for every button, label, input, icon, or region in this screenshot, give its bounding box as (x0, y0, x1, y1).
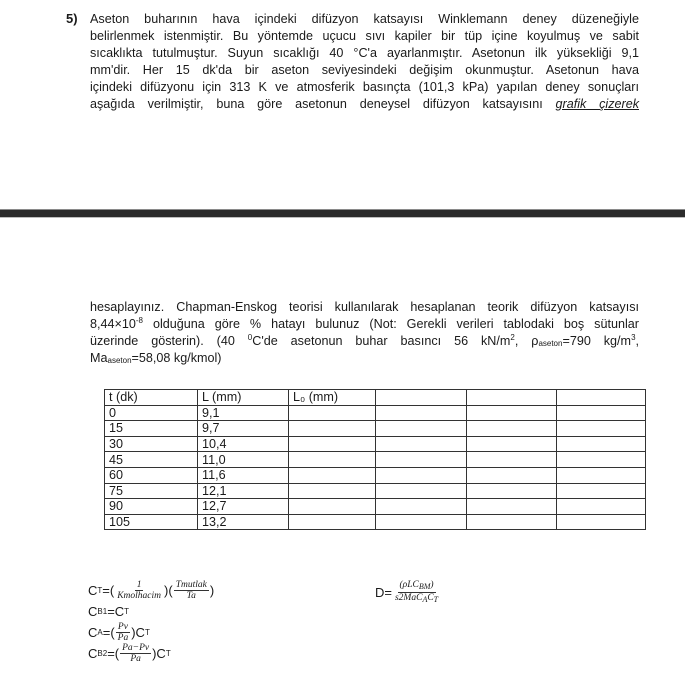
underlined-phrase: grafik çizerek (556, 97, 639, 111)
table-cell (289, 499, 376, 515)
formula-subscript: T (434, 595, 438, 604)
table-cell (376, 483, 467, 499)
formula-ca: CA=( PvPa )CT (88, 622, 214, 643)
paragraph-text: C'de asetonun buhar basıncı 56 kN/m (252, 334, 510, 348)
fraction: PvPa (116, 622, 131, 643)
formula-text: C (88, 625, 97, 640)
table-cell: 9,7 (198, 421, 289, 437)
numerator: (ρLCBM) (398, 580, 436, 593)
table-cell (557, 436, 646, 452)
formula-text: =( (102, 583, 114, 598)
formula-text: =( (107, 646, 119, 661)
paragraph-text: , ρ (515, 334, 539, 348)
table-cell (467, 452, 557, 468)
paragraph-text: =58,08 kg/kmol) (132, 351, 222, 365)
table-cell (289, 436, 376, 452)
table-cell: 9,1 (198, 405, 289, 421)
table-header-row: t (dk)L (mm)L₀ (mm) (105, 390, 646, 406)
table-cell (376, 436, 467, 452)
formula-d: D= (ρLCBM) s2MaCACT (375, 580, 441, 605)
formula-text: )C (152, 646, 166, 661)
paragraph-text: olduğuna göre % hatayı bulunuz (Not: Ger… (143, 317, 639, 331)
numerator-text: ) (430, 580, 433, 590)
table-cell (289, 421, 376, 437)
table-cell (289, 467, 376, 483)
table-cell: 15 (105, 421, 198, 437)
table-cell (376, 452, 467, 468)
paragraph-text: üzerinde gösterin). (40 (90, 334, 248, 348)
table-cell (376, 405, 467, 421)
question-paragraph-1: Aseton buharının hava içindeki difüzyon … (90, 11, 639, 113)
subscript: aseton (538, 339, 562, 348)
paragraph-line: içindeki difüzyonu için 313 K ve atmosfe… (90, 79, 639, 96)
table-cell (467, 483, 557, 499)
table-header-cell: L (mm) (198, 390, 289, 406)
table-row: 7512,1 (105, 483, 646, 499)
table-cell: 12,1 (198, 483, 289, 499)
formula-block: CT=( 1Kmolhacim )( TmutlakTa ) CB1=CT CA… (88, 580, 214, 664)
table-cell (557, 499, 646, 515)
table-cell (467, 467, 557, 483)
table-cell (289, 452, 376, 468)
fraction: Pa−PvPa (120, 643, 151, 664)
paragraph-line: 8,44×10-8 olduğuna göre % hatayı bulunuz… (90, 316, 639, 333)
formula-subscript: B2 (97, 649, 107, 658)
table-header-cell (376, 390, 467, 406)
paragraph-line: hesaplayınız. Chapman-Enskog teorisi kul… (90, 299, 639, 316)
denominator: s2MaCACT (393, 593, 440, 605)
table-header-cell (557, 390, 646, 406)
formula-subscript: T (166, 649, 171, 658)
paragraph-text: , (636, 334, 640, 348)
question-paragraph-2: hesaplayınız. Chapman-Enskog teorisi kul… (90, 299, 639, 367)
paragraph-text: aşağıda verilmiştir, buna göre asetonun … (90, 97, 543, 111)
paragraph-line: sıcaklıkta tutulmuştur. Suyun sıcaklığı … (90, 45, 639, 62)
table-cell: 10,4 (198, 436, 289, 452)
denominator-text: s2MaC (395, 593, 422, 603)
table-header-cell: t (dk) (105, 390, 198, 406)
table-cell (289, 514, 376, 530)
fraction: TmutlakTa (174, 580, 209, 601)
subscript: aseton (108, 356, 132, 365)
formula-text: )C (131, 625, 145, 640)
table-cell: 60 (105, 467, 198, 483)
denominator: Pa (128, 654, 143, 664)
table-cell: 75 (105, 483, 198, 499)
page-separator-bar (0, 209, 685, 218)
numerator: Pv (116, 622, 130, 633)
formula-text: D= (375, 585, 392, 600)
table-cell (557, 467, 646, 483)
formula-text: )( (164, 583, 173, 598)
table-cell: 105 (105, 514, 198, 530)
table-cell: 30 (105, 436, 198, 452)
table-cell (289, 405, 376, 421)
paragraph-line: üzerinde gösterin). (40 0C'de asetonun b… (90, 333, 639, 350)
table-cell (467, 499, 557, 515)
table-cell (557, 483, 646, 499)
table-row: 10513,2 (105, 514, 646, 530)
paragraph-line: Aseton buharının hava içindeki difüzyon … (90, 11, 639, 28)
table-cell (376, 499, 467, 515)
table-cell (557, 514, 646, 530)
fraction: (ρLCBM) s2MaCACT (393, 580, 440, 605)
table-cell (376, 467, 467, 483)
table-cell (557, 452, 646, 468)
table-cell (557, 421, 646, 437)
formula-text: C (88, 646, 97, 661)
table-row: 159,7 (105, 421, 646, 437)
table-cell: 45 (105, 452, 198, 468)
formula-text: =C (107, 604, 124, 619)
denominator: Kmolhacim (115, 591, 163, 601)
formula-subscript: BM (419, 582, 431, 591)
formula-subscript: T (145, 628, 150, 637)
data-table: t (dk)L (mm)L₀ (mm)09,1159,73010,44511,0… (104, 389, 646, 530)
numerator: Pa−Pv (120, 643, 151, 654)
table-header-cell: L₀ (mm) (289, 390, 376, 406)
table-row: 09,1 (105, 405, 646, 421)
table-cell: 11,6 (198, 467, 289, 483)
paragraph-text: Ma (90, 351, 108, 365)
table-cell (289, 483, 376, 499)
paragraph-line: Maaseton=58,08 kg/kmol) (90, 350, 639, 367)
table-cell: 12,7 (198, 499, 289, 515)
table-cell (557, 405, 646, 421)
table-cell: 0 (105, 405, 198, 421)
table-cell (376, 514, 467, 530)
formula-text: C (88, 604, 97, 619)
denominator: Ta (185, 591, 198, 601)
table-cell (467, 436, 557, 452)
paragraph-line: mm'dir. Her 15 dk'da bir aseton seviyesi… (90, 62, 639, 79)
formula-text: C (88, 583, 97, 598)
paragraph-text: =790 kg/m (562, 334, 631, 348)
paragraph-line: belirlenmek istenmiştir. Bu yöntemde uçu… (90, 28, 639, 45)
table-row: 9012,7 (105, 499, 646, 515)
table-cell (467, 405, 557, 421)
paragraph-line-with-underline: aşağıda verilmiştir, buna göre asetonun … (90, 96, 639, 113)
denominator: Pa (116, 633, 131, 643)
table-row: 3010,4 (105, 436, 646, 452)
formula-subscript: T (124, 607, 129, 616)
table-cell (467, 421, 557, 437)
exponent: -8 (136, 316, 143, 325)
theoretical-value: 8,44×10 (90, 317, 136, 331)
table-cell (467, 514, 557, 530)
formula-ct: CT=( 1Kmolhacim )( TmutlakTa ) (88, 580, 214, 601)
formula-text: ) (210, 583, 214, 598)
table-cell (376, 421, 467, 437)
question-number: 5) (66, 11, 78, 26)
fraction: 1Kmolhacim (115, 580, 163, 601)
table-cell: 90 (105, 499, 198, 515)
table-header-cell (467, 390, 557, 406)
table-cell: 13,2 (198, 514, 289, 530)
numerator: 1 (135, 580, 144, 591)
numerator: Tmutlak (174, 580, 209, 591)
table-row: 6011,6 (105, 467, 646, 483)
numerator-text: (ρLC (400, 580, 419, 590)
formula-text: =( (103, 625, 115, 640)
table-cell: 11,0 (198, 452, 289, 468)
table-row: 4511,0 (105, 452, 646, 468)
formula-cb2: CB2=( Pa−PvPa )CT (88, 643, 214, 664)
formula-cb1: CB1=CT (88, 601, 214, 622)
formula-subscript: B1 (97, 607, 107, 616)
